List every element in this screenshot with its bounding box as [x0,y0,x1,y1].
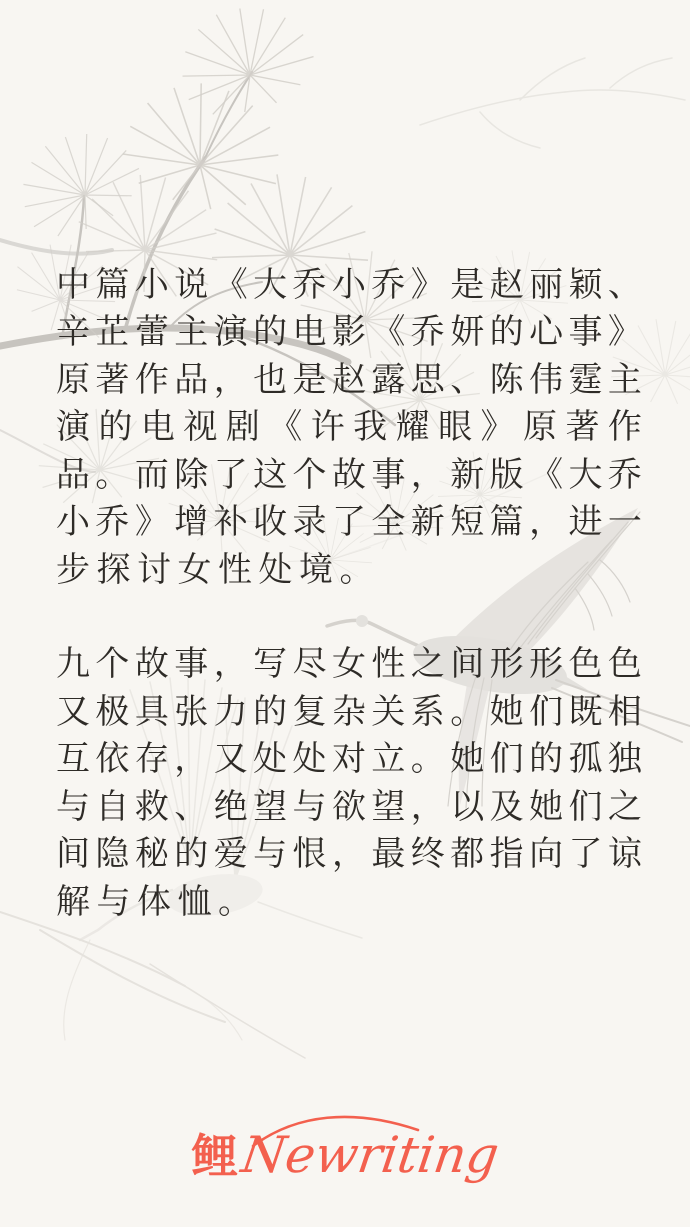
text-line: 与自救、绝望与欲望，以及她们之 [56,784,642,832]
poster-canvas: { "page": { "background_color": "#f8f6f2… [0,0,690,1227]
paragraph-2: 九个故事，写尽女性之间形形色色 又极具张力的复杂关系。她们既相 互依存，又处处对… [56,642,642,927]
twig-illustration-top-right [420,58,685,148]
paragraph-1: 中篇小说《大乔小乔》是赵丽颖、 辛芷蕾主演的电影《乔妍的心事》 原著作品，也是赵… [56,262,642,595]
twig-illustration-bottom-left [0,912,305,1058]
text-line: 解与体恤。 [56,879,642,927]
text-line: 小乔》增补收录了全新短篇，进一 [56,500,642,548]
brand-logo-script: Newriting [238,1130,501,1180]
body-text: 中篇小说《大乔小乔》是赵丽颖、 辛芷蕾主演的电影《乔妍的心事》 原著作品，也是赵… [56,262,642,927]
text-line: 原著作品，也是赵露思、陈伟霆主 [56,357,642,405]
text-line: 间隐秘的爱与恨，最终都指向了谅 [56,832,642,880]
text-line: 品。而除了这个故事，新版《大乔 [56,452,642,500]
text-line: 九个故事，写尽女性之间形形色色 [56,642,642,690]
text-line: 中篇小说《大乔小乔》是赵丽颖、 [56,262,642,310]
brand-logo: 鲤 Newriting [0,1100,690,1220]
text-line: 又极具张力的复杂关系。她们既相 [56,689,642,737]
text-line: 演的电视剧《许我耀眼》原著作 [56,405,642,453]
text-line: 互依存，又处处对立。她们的孤独 [56,737,642,785]
brand-logo-wrap: 鲤 Newriting [192,1100,498,1180]
brand-logo-cjk: 鲤 [192,1100,238,1180]
text-line: 步探讨女性处境。 [56,547,642,595]
text-line: 辛芷蕾主演的电影《乔妍的心事》 [56,310,642,358]
